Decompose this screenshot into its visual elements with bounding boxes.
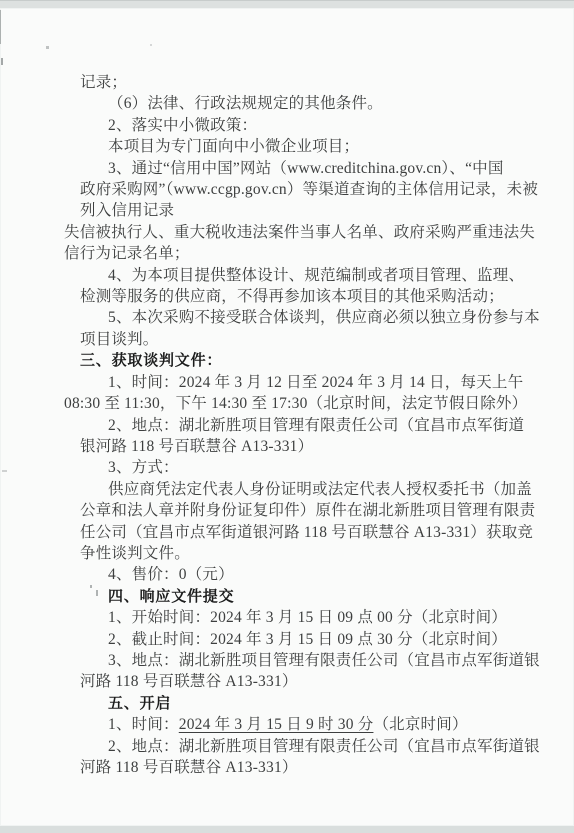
- document-line: 公章和法人章并附身份证复印件）原件在湖北新胜项目管理有限责: [80, 500, 540, 521]
- document-line: （6）法律、行政法规规定的其他条件。: [108, 93, 540, 114]
- text-run: 公章和法人章并附身份证复印件）原件在湖北新胜项目管理有限责: [80, 502, 535, 519]
- document-line: 银河路 118 号百联慧谷 A13-331）: [80, 436, 540, 457]
- document-line: 检测等服务的供应商，不得再参加该本项目的其他采购活动；: [80, 286, 540, 307]
- document-line: 本项目为专门面向中小微企业项目；: [108, 136, 540, 157]
- text-run: 河路 118 号百联慧谷 A13-331）: [80, 673, 298, 690]
- document-line: 3、地点：湖北新胜项目管理有限责任公司（宜昌市点军街道银: [108, 650, 540, 671]
- document-line: 4、售价：0（元）: [108, 564, 540, 585]
- document-body: 记录；（6）法律、行政法规规定的其他条件。2、落实中小微政策：本项目为专门面向中…: [80, 72, 540, 778]
- document-line: 列入信用记录: [80, 200, 540, 221]
- underlined-date-text: 2024 年 3 月 15 日 9 时 30 分: [179, 716, 374, 733]
- scanner-edge-bottom: [0, 826, 574, 833]
- scan-speckle: [2, 470, 7, 472]
- text-run: 列入信用记录: [80, 202, 174, 219]
- text-run: 3、通过“信用中国”网站（www.creditchina.gov.cn）、“中国: [108, 160, 504, 177]
- document-line: 1、开始时间：2024 年 3 月 15 日 09 点 00 分（北京时间）: [108, 607, 540, 628]
- document-line: 河路 118 号百联慧谷 A13-331）: [80, 671, 540, 692]
- document-line: 4、为本项目提供整体设计、规范编制或者项目管理、监理、: [108, 265, 540, 286]
- document-line: 信行为记录名单；: [64, 243, 540, 264]
- text-run: 信行为记录名单；: [64, 245, 190, 262]
- document-line: 任公司（宜昌市点军街道银河路 118 号百联慧谷 A13-331）获取竞: [80, 522, 540, 543]
- text-run: 本项目为专门面向中小微企业项目；: [108, 138, 359, 155]
- scan-speckle: [150, 44, 152, 46]
- text-run: 河路 118 号百联慧谷 A13-331）: [80, 759, 298, 776]
- section-heading: 四、响应文件提交: [108, 586, 540, 607]
- text-run: 2、地点：湖北新胜项目管理有限责任公司（宜昌市点军街道银: [108, 738, 540, 755]
- text-run: 银河路 118 号百联慧谷 A13-331）: [80, 438, 313, 455]
- text-run: 1、时间：2024 年 3 月 12 日至 2024 年 3 月 14 日，每天…: [108, 374, 523, 391]
- section-heading: 三、获取谈判文件：: [80, 350, 540, 371]
- text-run: 1、时间：: [108, 716, 179, 733]
- scan-speckle: [1, 58, 3, 65]
- text-run: 失信被执行人、重大税收违法案件当事人名单、政府采购严重违法失: [64, 224, 535, 241]
- text-run: 2、地点：湖北新胜项目管理有限责任公司（宜昌市点军街道: [108, 417, 524, 434]
- text-run: 1、开始时间：2024 年 3 月 15 日 09 点 00 分（北京时间）: [108, 609, 507, 626]
- text-run: 2、落实中小微政策：: [108, 117, 257, 134]
- text-run: 供应商凭法定代表人身份证明或法定代表人授权委托书（加盖: [108, 481, 532, 498]
- text-run: 政府采购网”（www.ccgp.gov.cn）等渠道查询的主体信用记录，未被: [80, 181, 538, 198]
- text-run: 2、截止时间：2024 年 3 月 15 日 09 点 30 分（北京时间）: [108, 631, 507, 648]
- document-line: 记录；: [80, 72, 540, 93]
- text-run: 3、地点：湖北新胜项目管理有限责任公司（宜昌市点军街道银: [108, 652, 540, 669]
- text-run: 五、开启: [108, 695, 171, 712]
- document-line: 2、地点：湖北新胜项目管理有限责任公司（宜昌市点军街道银: [108, 736, 540, 757]
- text-run: 项目谈判。: [80, 331, 159, 348]
- text-run: 四、响应文件提交: [108, 588, 234, 605]
- document-line: 5、本次采购不接受联合体谈判，供应商必须以独立身份参与本: [108, 307, 540, 328]
- document-line: 3、通过“信用中国”网站（www.creditchina.gov.cn）、“中国: [108, 158, 540, 179]
- scanned-document-view: 记录；（6）法律、行政法规规定的其他条件。2、落实中小微政策：本项目为专门面向中…: [0, 0, 574, 833]
- text-run: 检测等服务的供应商，不得再参加该本项目的其他采购活动；: [80, 288, 504, 305]
- document-line: 08:30 至 11:30，下午 14:30 至 17:30（北京时间，法定节假…: [64, 393, 540, 414]
- document-line: 争性谈判文件。: [80, 543, 540, 564]
- document-line: 2、落实中小微政策：: [108, 115, 540, 136]
- text-run: 任公司（宜昌市点军街道银河路 118 号百联慧谷 A13-331）获取竞: [80, 524, 533, 541]
- document-line: 河路 118 号百联慧谷 A13-331）: [80, 757, 540, 778]
- scan-speckle: [90, 585, 92, 588]
- scan-edge-mark: [0, 10, 1, 44]
- section-heading: 五、开启: [108, 693, 540, 714]
- document-line: 供应商凭法定代表人身份证明或法定代表人授权委托书（加盖: [108, 479, 540, 500]
- document-line: 1、时间：2024 年 3 月 15 日 9 时 30 分（北京时间）: [108, 714, 540, 735]
- text-run: 三、获取谈判文件：: [80, 352, 222, 369]
- scan-speckle: [46, 46, 49, 49]
- scanner-edge-top: [0, 0, 574, 8]
- document-line: 3、方式：: [108, 457, 540, 478]
- text-run: 争性谈判文件。: [80, 545, 190, 562]
- document-line: 2、地点：湖北新胜项目管理有限责任公司（宜昌市点军街道: [108, 415, 540, 436]
- text-run: （6）法律、行政法规规定的其他条件。: [108, 95, 383, 112]
- document-page: 记录；（6）法律、行政法规规定的其他条件。2、落实中小微政策：本项目为专门面向中…: [0, 8, 574, 826]
- text-run: 4、售价：0（元）: [108, 566, 234, 583]
- document-line: 政府采购网”（www.ccgp.gov.cn）等渠道查询的主体信用记录，未被: [80, 179, 540, 200]
- document-line: 项目谈判。: [80, 329, 540, 350]
- text-run: （北京时间）: [373, 716, 467, 733]
- text-run: 记录；: [80, 74, 127, 91]
- text-run: 4、为本项目提供整体设计、规范编制或者项目管理、监理、: [108, 267, 524, 284]
- document-line: 2、截止时间：2024 年 3 月 15 日 09 点 30 分（北京时间）: [108, 629, 540, 650]
- text-run: 08:30 至 11:30，下午 14:30 至 17:30（北京时间，法定节假…: [64, 395, 527, 412]
- scan-speckle: [96, 590, 98, 596]
- text-run: 3、方式：: [108, 459, 179, 476]
- document-line: 1、时间：2024 年 3 月 12 日至 2024 年 3 月 14 日，每天…: [108, 372, 540, 393]
- document-line: 失信被执行人、重大税收违法案件当事人名单、政府采购严重违法失: [64, 222, 540, 243]
- text-run: 5、本次采购不接受联合体谈判，供应商必须以独立身份参与本: [108, 309, 540, 326]
